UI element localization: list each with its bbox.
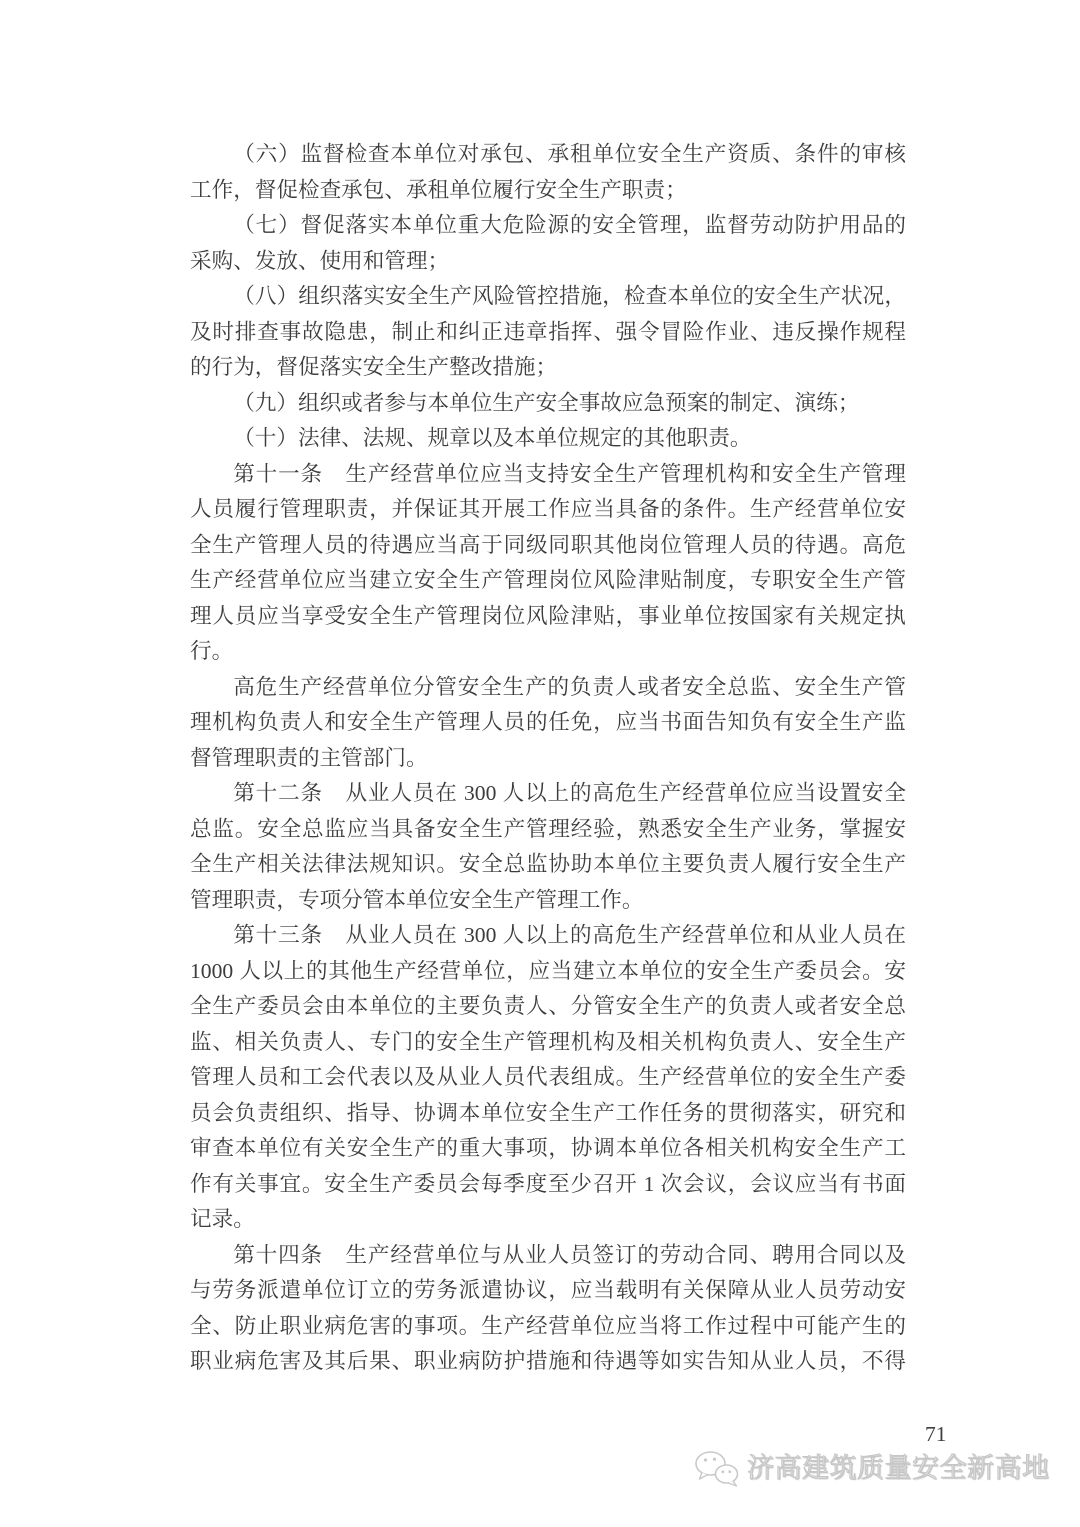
document-line: 监、相关负责人、专门的安全生产管理机构及相关机构负责人、安全生产: [190, 1025, 906, 1061]
document-line: 全生产相关法律法规知识。安全总监协助本单位主要负责人履行安全生产: [190, 847, 906, 883]
document-line: 的行为，督促落实安全生产整改措施；: [190, 350, 906, 386]
document-line: 高危生产经营单位分管安全生产的负责人或者安全总监、安全生产管: [190, 670, 906, 706]
document-page: （六）监督检查本单位对承包、承租单位安全生产资质、条件的审核 工作，督促检查承包…: [0, 0, 1080, 1527]
document-line: 采购、发放、使用和管理；: [190, 244, 906, 280]
document-line: 工作，督促检查承包、承租单位履行安全生产职责；: [190, 173, 906, 209]
document-line: 全生产委员会由本单位的主要负责人、分管安全生产的负责人或者安全总: [190, 989, 906, 1025]
document-line: 管理人员和工会代表以及从业人员代表组成。生产经营单位的安全生产委: [190, 1060, 906, 1096]
document-line: 理人员应当享受安全生产管理岗位风险津贴，事业单位按国家有关规定执: [190, 599, 906, 635]
document-line: 第十三条 从业人员在 300 人以上的高危生产经营单位和从业人员在: [190, 918, 906, 954]
document-line: 全、防止职业病危害的事项。生产经营单位应当将工作过程中可能产生的: [190, 1309, 906, 1345]
document-line: （七）督促落实本单位重大危险源的安全管理，监督劳动防护用品的: [190, 208, 906, 244]
document-line: 人员履行管理职责，并保证其开展工作应当具备的条件。生产经营单位安: [190, 492, 906, 528]
watermark-text: 济高建筑质量安全新高地: [747, 1450, 1050, 1487]
document-line: 全生产管理人员的待遇应当高于同级同职其他岗位管理人员的待遇。高危: [190, 528, 906, 564]
document-line: 督管理职责的主管部门。: [190, 741, 906, 777]
document-line: 职业病危害及其后果、职业病防护措施和待遇等如实告知从业人员，不得: [190, 1344, 906, 1380]
document-line: 员会负责组织、指导、协调本单位安全生产工作任务的贯彻落实，研究和: [190, 1096, 906, 1132]
document-line: 理机构负责人和安全生产管理人员的任免，应当书面告知负有安全生产监: [190, 705, 906, 741]
document-line: （八）组织落实安全生产风险管控措施，检查本单位的安全生产状况，: [190, 279, 906, 315]
document-line: 第十四条 生产经营单位与从业人员签订的劳动合同、聘用合同以及: [190, 1238, 906, 1274]
wechat-logo-icon: [694, 1450, 740, 1487]
document-line: 第十一条 生产经营单位应当支持安全生产管理机构和安全生产管理: [190, 457, 906, 493]
document-body: （六）监督检查本单位对承包、承租单位安全生产资质、条件的审核 工作，督促检查承包…: [190, 137, 906, 1380]
document-line: 作有关事宜。安全生产委员会每季度至少召开 1 次会议，会议应当有书面: [190, 1167, 906, 1203]
document-line: 1000 人以上的其他生产经营单位，应当建立本单位的安全生产委员会。安: [190, 954, 906, 990]
document-line: （十）法律、法规、规章以及本单位规定的其他职责。: [190, 421, 906, 457]
document-line: 行。: [190, 634, 906, 670]
document-line: 及时排查事故隐患，制止和纠正违章指挥、强令冒险作业、违反操作规程: [190, 315, 906, 351]
watermark: 济高建筑质量安全新高地: [694, 1450, 1050, 1487]
document-line: 审查本单位有关安全生产的重大事项，协调本单位各相关机构安全生产工: [190, 1131, 906, 1167]
document-line: 第十二条 从业人员在 300 人以上的高危生产经营单位应当设置安全: [190, 776, 906, 812]
document-line: （九）组织或者参与本单位生产安全事故应急预案的制定、演练；: [190, 386, 906, 422]
document-line: 与劳务派遣单位订立的劳务派遣协议，应当载明有关保障从业人员劳动安: [190, 1273, 906, 1309]
document-line: 生产经营单位应当建立安全生产管理岗位风险津贴制度，专职安全生产管: [190, 563, 906, 599]
document-line: 总监。安全总监应当具备安全生产管理经验，熟悉安全生产业务，掌握安: [190, 812, 906, 848]
document-line: 管理职责，专项分管本单位安全生产管理工作。: [190, 883, 906, 919]
page-number: 71: [925, 1421, 947, 1447]
document-line: 记录。: [190, 1202, 906, 1238]
document-line: （六）监督检查本单位对承包、承租单位安全生产资质、条件的审核: [190, 137, 906, 173]
